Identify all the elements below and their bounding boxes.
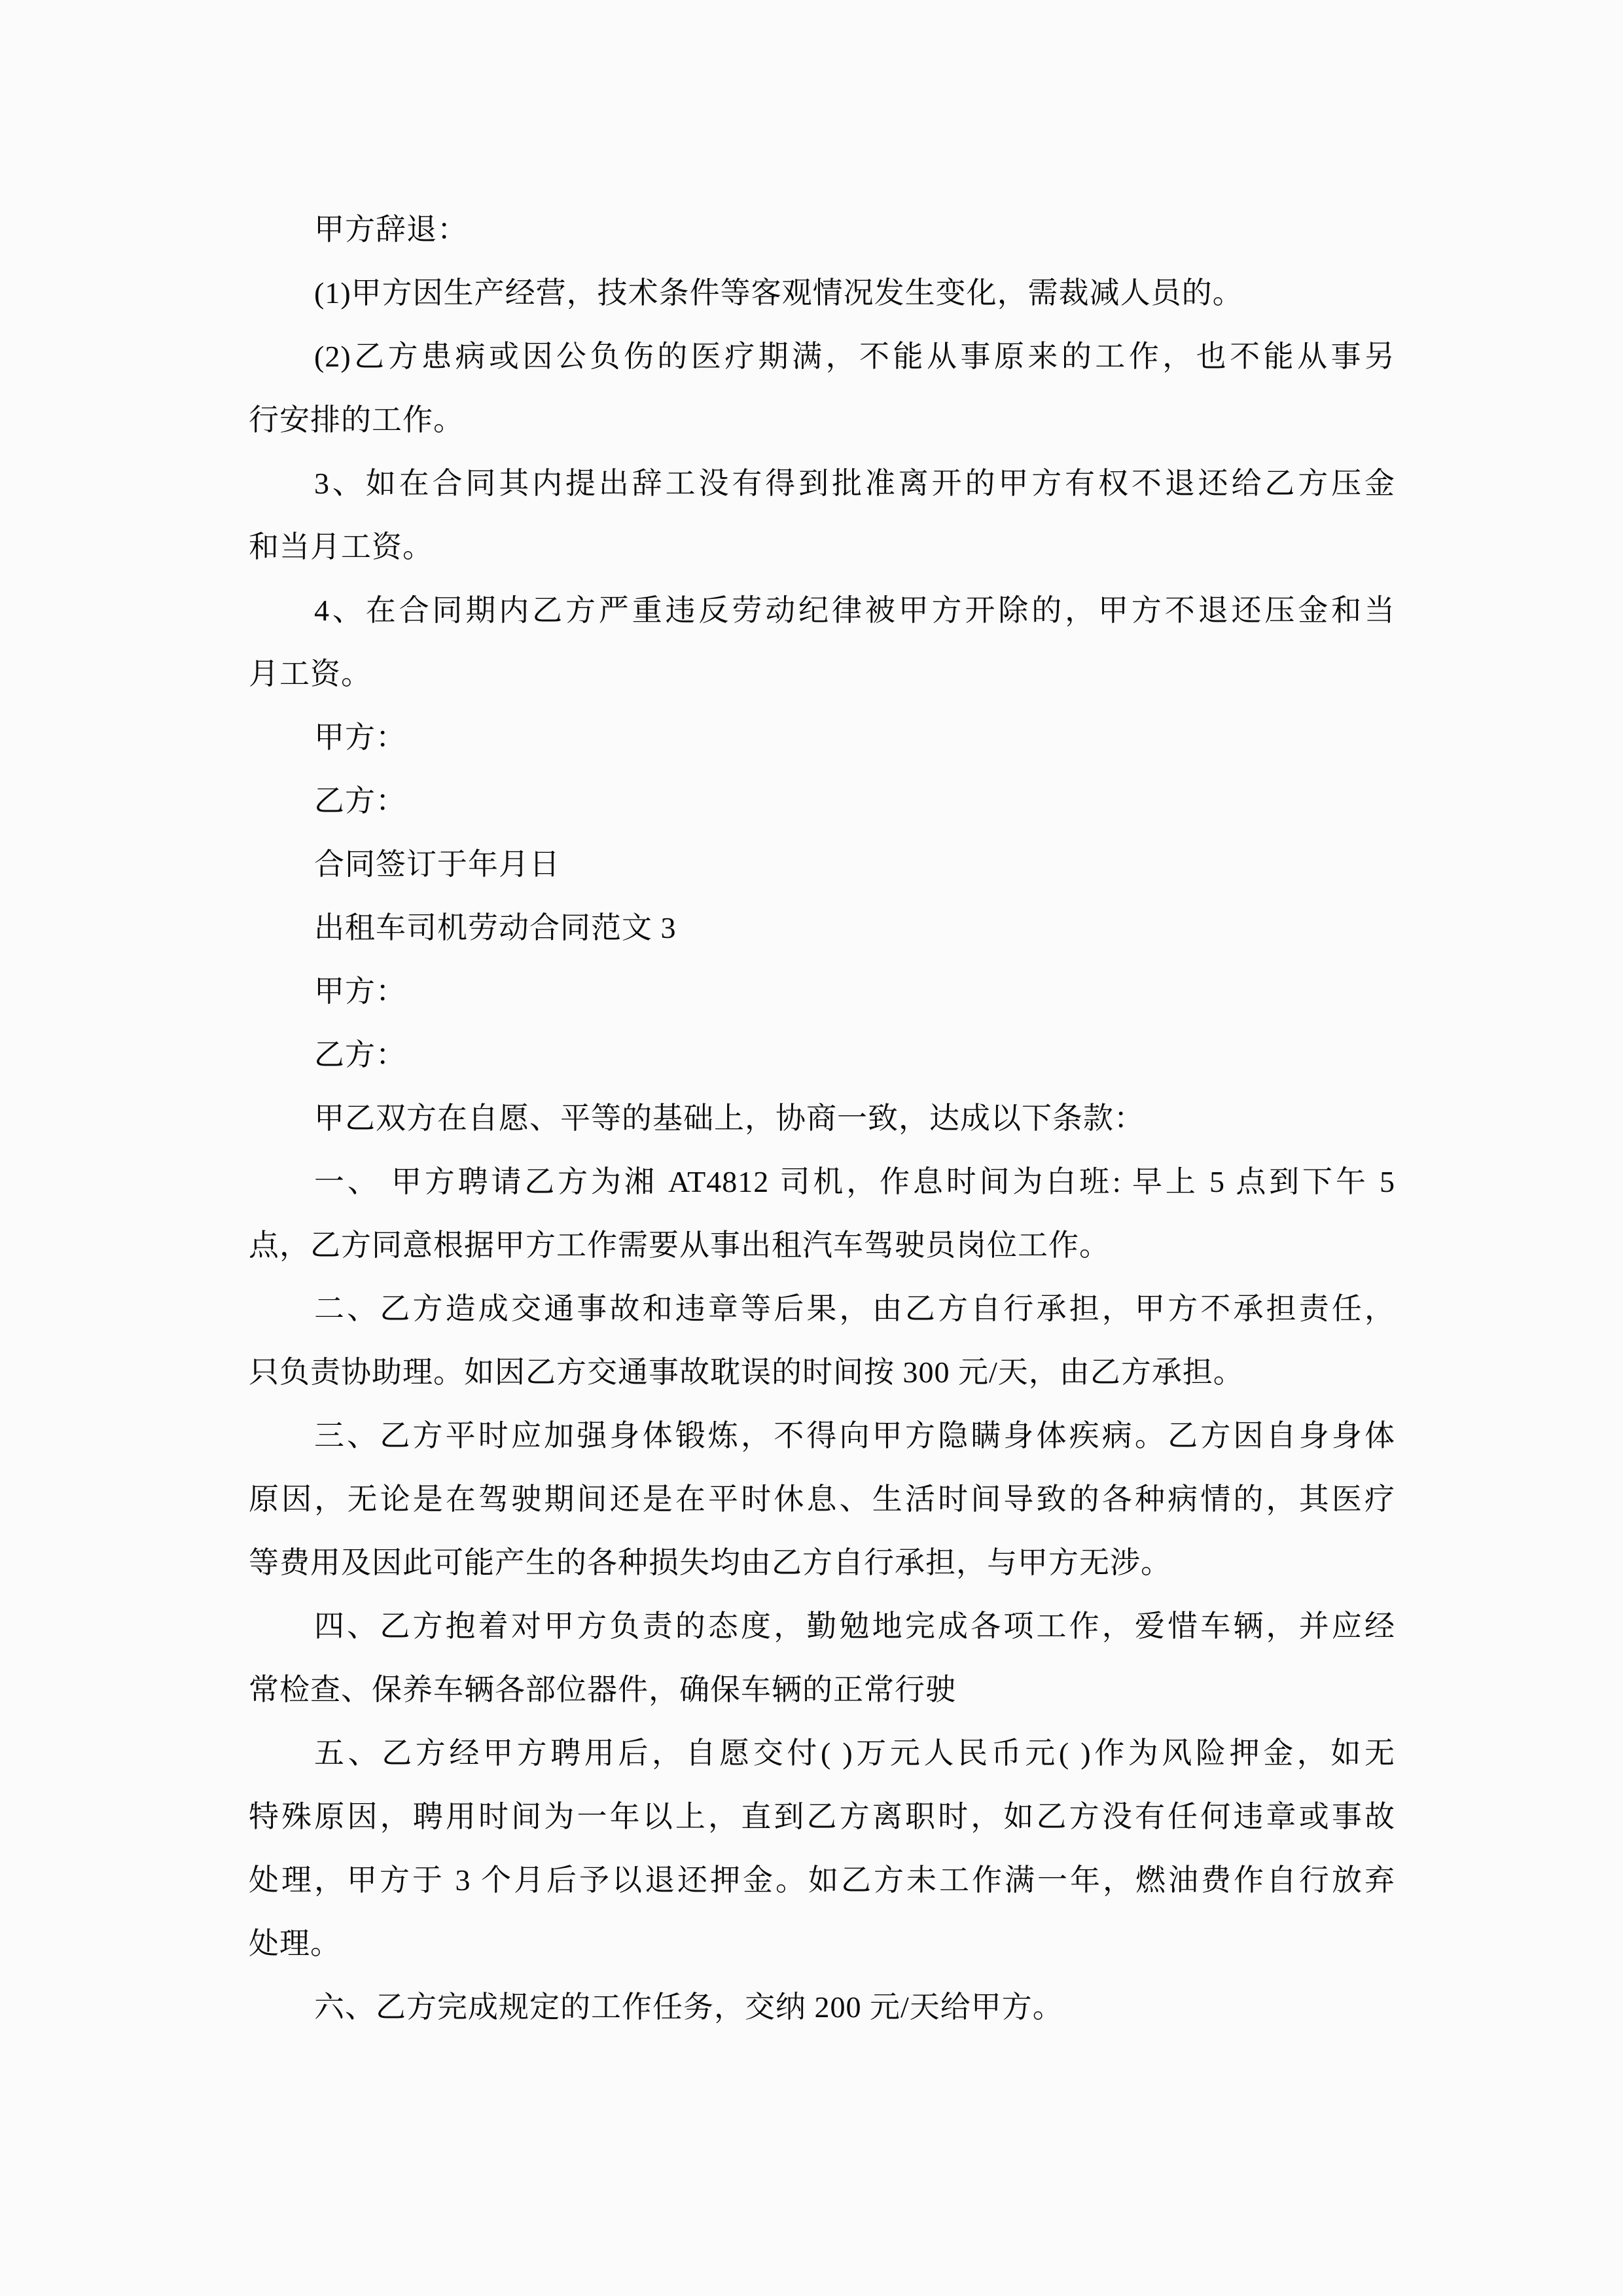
text-line: 和当月工资。 bbox=[249, 515, 1395, 579]
text-line: (2)乙方患病或因公负伤的医疗期满，不能从事原来的工作，也不能从事另 bbox=[249, 325, 1395, 388]
contract-page: 甲方辞退：(1)甲方因生产经营，技术条件等客观情况发生变化，需裁减人员的。(2)… bbox=[0, 0, 1623, 2296]
text-line: 常检查、保养车辆各部位器件，确保车辆的正常行驶 bbox=[249, 1658, 1395, 1721]
text-line: 3、如在合同其内提出辞工没有得到批准离开的甲方有权不退还给乙方压金 bbox=[249, 452, 1395, 515]
text-line: 二、乙方造成交通事故和违章等后果，由乙方自行承担，甲方不承担责任， bbox=[249, 1277, 1395, 1340]
text-line: 甲方辞退： bbox=[249, 198, 1395, 261]
text-line: 原因，无论是在驾驶期间还是在平时休息、生活时间导致的各种病情的，其医疗 bbox=[249, 1467, 1395, 1531]
text-line: 处理。 bbox=[249, 1912, 1395, 1975]
text-line: 甲方： bbox=[249, 960, 1395, 1023]
text-line: 乙方： bbox=[249, 769, 1395, 833]
text-line: 出租车司机劳动合同范文 3 bbox=[249, 896, 1395, 960]
text-line: 一、 甲方聘请乙方为湘 AT4812 司机，作息时间为白班: 早上 5 点到下午… bbox=[249, 1150, 1395, 1213]
document-text: 甲方辞退：(1)甲方因生产经营，技术条件等客观情况发生变化，需裁减人员的。(2)… bbox=[249, 198, 1395, 2039]
text-line: 只负责协助理。如因乙方交通事故耽误的时间按 300 元/天，由乙方承担。 bbox=[249, 1340, 1395, 1404]
text-line: 特殊原因，聘用时间为一年以上，直到乙方离职时，如乙方没有任何违章或事故 bbox=[249, 1785, 1395, 1848]
text-line: 处理，甲方于 3 个月后予以退还押金。如乙方未工作满一年，燃油费作自行放弃 bbox=[249, 1848, 1395, 1912]
text-line: 行安排的工作。 bbox=[249, 388, 1395, 452]
text-line: 点，乙方同意根据甲方工作需要从事出租汽车驾驶员岗位工作。 bbox=[249, 1213, 1395, 1277]
text-line: 4、在合同期内乙方严重违反劳动纪律被甲方开除的，甲方不退还压金和当 bbox=[249, 579, 1395, 642]
text-line: 乙方： bbox=[249, 1023, 1395, 1086]
text-line: 等费用及因此可能产生的各种损失均由乙方自行承担，与甲方无涉。 bbox=[249, 1531, 1395, 1594]
text-line: 甲乙双方在自愿、平等的基础上，协商一致，达成以下条款： bbox=[249, 1086, 1395, 1150]
text-line: 月工资。 bbox=[249, 642, 1395, 706]
text-line: 六、乙方完成规定的工作任务，交纳 200 元/天给甲方。 bbox=[249, 1975, 1395, 2039]
text-line: (1)甲方因生产经营，技术条件等客观情况发生变化，需裁减人员的。 bbox=[249, 261, 1395, 325]
text-line: 五、乙方经甲方聘用后，自愿交付( )万元人民币元( )作为风险押金，如无 bbox=[249, 1721, 1395, 1785]
text-line: 甲方： bbox=[249, 706, 1395, 769]
text-line: 三、乙方平时应加强身体锻炼，不得向甲方隐瞒身体疾病。乙方因自身身体 bbox=[249, 1404, 1395, 1467]
text-line: 四、乙方抱着对甲方负责的态度，勤勉地完成各项工作，爱惜车辆，并应经 bbox=[249, 1594, 1395, 1658]
text-line: 合同签订于年月日 bbox=[249, 833, 1395, 896]
